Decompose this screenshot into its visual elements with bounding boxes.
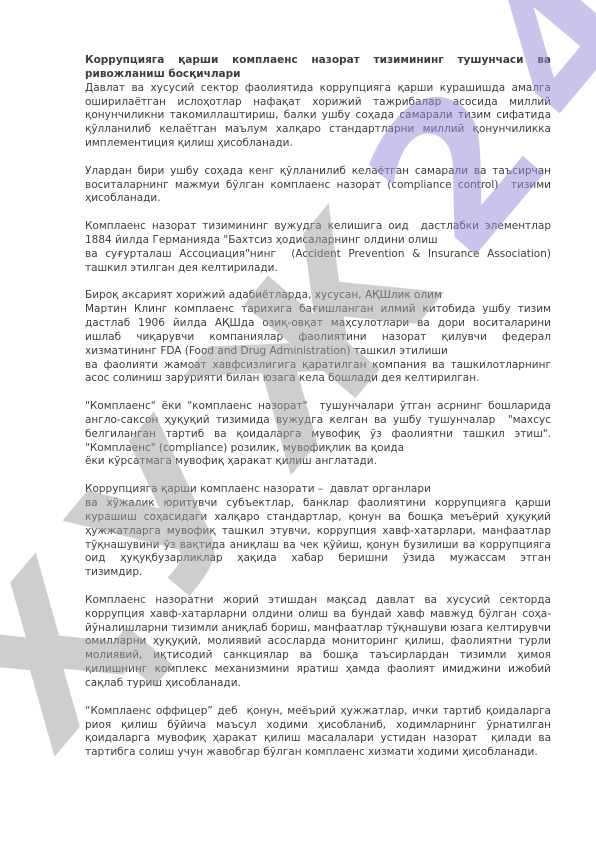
text-line: ҳисобланади. <box>85 192 551 206</box>
text-line: курашиш соҳасидаги халқаро стандартлар, … <box>85 511 551 525</box>
text-line: Мартин Клинг комплаенс тарихига бағишлан… <box>85 303 551 317</box>
text-line: асос солиниш зарурияти билан юзага кела … <box>85 372 551 386</box>
text-line: “Комплаенс оффицер” деб қонун, меёърий ҳ… <box>85 705 551 719</box>
text-line: молиявий, иқтисодий санкциялар ва бошқа … <box>85 649 551 663</box>
text-line: ташкил этилган дея келтирилади. <box>85 262 551 276</box>
text-line: ҳужжатларга мувофиқ ташкил этувчи, корру… <box>85 525 551 539</box>
text-line: ишлаб чиқарувчи компаниялар фаолиятини н… <box>85 331 551 345</box>
text-line: Комплаенс назорат тизимининг вужудга кел… <box>85 220 551 234</box>
paragraph: Комплаенс назорат тизимининг вужудга кел… <box>85 220 551 275</box>
text-line: Бироқ аксарият хорижий адабиётларда, хус… <box>85 289 551 303</box>
text-line: имплементиция қилиш ҳисобланади. <box>85 137 551 151</box>
text-line: тартибга солиш учун жавобгар бўлган комп… <box>85 746 551 760</box>
text-line: белгиланган тартиб ва қоидаларга мувофиқ… <box>85 428 551 442</box>
text-line: хизматининг FDA (Food and Drug Administr… <box>85 345 551 359</box>
text-line: Коррупцияга қарши комплаенс назорати – д… <box>85 483 551 497</box>
text-line: оид ҳуқуқбузарликлар ҳақида хабар беришн… <box>85 552 551 566</box>
text-line: ривожланиш босқичлари <box>85 68 551 82</box>
text-line: ва фаолияти жамоат хавфсизлигига қаратил… <box>85 359 551 373</box>
text-line: сақлаб туриш ҳисобланади. <box>85 677 551 691</box>
paragraph: Бироқ аксарият хорижий адабиётларда, хус… <box>85 289 551 386</box>
text-line: тўқнашувини ўз вақтида аниқлаш ва чек қў… <box>85 539 551 553</box>
text-line: оширилаётган ислоҳотлар нафақат хорижий … <box>85 96 551 110</box>
text-line: 1884 йилда Германияда "Бахтсиз ҳодисалар… <box>85 234 551 248</box>
text-line: дастлаб 1906 йилда АҚШда озиқ-овқат маҳс… <box>85 317 551 331</box>
paragraph: “Комплаенс оффицер” деб қонун, меёърий ҳ… <box>85 705 551 760</box>
text-line: қилишнинг комплекс механизмини яратиш ҳа… <box>85 663 551 677</box>
text-line: ва хўжалик юритувчи субъектлар, банклар … <box>85 497 551 511</box>
document-page: Коррупцияга қарши комплаенс назорат тизи… <box>0 0 596 842</box>
paragraph: Комплаенс назоратни жорий этишдан мақсад… <box>85 594 551 691</box>
text-line: Комплаенс назоратни жорий этишдан мақсад… <box>85 594 551 608</box>
text-line: йўналишларни тизимли аниқлаб бориш, манф… <box>85 622 551 636</box>
text-line: риоя қилиш бўйича маъсул ходими ҳисоблан… <box>85 719 551 733</box>
text-line: қўлланилиб келаётган маълум халқаро стан… <box>85 123 551 137</box>
text-line: ёки кўрсатмага мувофиқ ҳаракат қилиш анг… <box>85 455 551 469</box>
text-line: ва суғурталаш Ассоциация"нинг (Accident … <box>85 248 551 262</box>
paragraph: Коррупцияга қарши комплаенс назорати – д… <box>85 483 551 580</box>
paragraph: Улардан бири ушбу соҳада кенг қўлланилиб… <box>85 165 551 207</box>
text-line: англо-саксон ҳуқуқий тизимида вужудга ке… <box>85 414 551 428</box>
text-line: Улардан бири ушбу соҳада кенг қўлланилиб… <box>85 165 551 179</box>
document-body: Коррупцияга қарши комплаенс назорат тизи… <box>85 54 551 760</box>
text-line: тизимдир. <box>85 566 551 580</box>
text-line: омилларни ҳуқуқий, молиявий асосларда мо… <box>85 635 551 649</box>
text-line: коррупция хавф-хатарларни олдини олиш ва… <box>85 608 551 622</box>
text-line: "Комплаенс" (compliance) розилик, мувофи… <box>85 442 551 456</box>
text-line: қоидаларга мувофиқ ҳаракат қилиш масалал… <box>85 732 551 746</box>
paragraph: Давлат ва хусусий сектор фаолиятида корр… <box>85 82 551 151</box>
text-line: "Комплаенс" ёки "комплаенс назорат" тушу… <box>85 400 551 414</box>
text-line: Давлат ва хусусий сектор фаолиятида корр… <box>85 82 551 96</box>
text-line: қонунчиликни такомиллаштириш, балки ушбу… <box>85 109 551 123</box>
text-line: воситаларнинг мажмуи бўлган комплаенс на… <box>85 179 551 193</box>
text-line: Коррупцияга қарши комплаенс назорат тизи… <box>85 54 551 68</box>
document-heading: Коррупцияга қарши комплаенс назорат тизи… <box>85 54 551 82</box>
paragraph: "Комплаенс" ёки "комплаенс назорат" тушу… <box>85 400 551 469</box>
